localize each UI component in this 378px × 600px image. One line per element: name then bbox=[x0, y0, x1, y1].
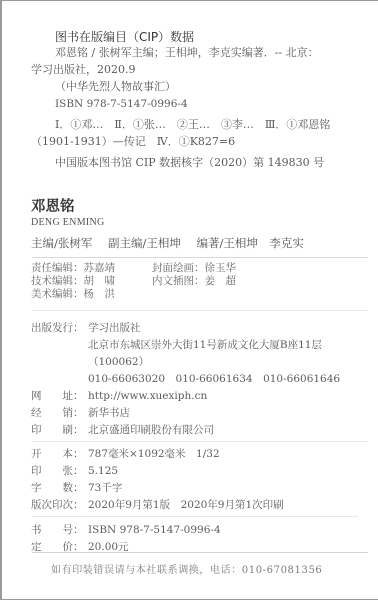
divider bbox=[32, 441, 368, 442]
footer-notice: 如有印装错误请与本社联系调换，电话：010-67081356 bbox=[51, 561, 322, 576]
cip-subjects-1: Ⅰ．①邓… Ⅱ．①张… ②王… ③李… Ⅲ．①邓恩铭 bbox=[55, 117, 330, 133]
staff-row: 美术编辑：杨 洪 bbox=[31, 288, 115, 301]
spec-edition: 版次印次：2020年9月第1版 2020年9月第1次印刷 bbox=[31, 497, 284, 512]
cip-series: （中华先烈人物故事汇） bbox=[55, 79, 176, 95]
divider bbox=[32, 310, 368, 311]
divider bbox=[32, 257, 368, 258]
website-link: http://www.xuexiph.cn bbox=[88, 390, 207, 402]
staff-right: 封面绘画：徐玉华 内文插图：姜 超 bbox=[152, 262, 236, 288]
publisher-postcode: （100062） bbox=[88, 354, 149, 369]
cip-isbn: ISBN 978-7-5147-0996-4 bbox=[55, 96, 188, 112]
book-title: 邓恩铭 bbox=[31, 195, 75, 216]
staff-left: 责任编辑：苏嘉靖 技术编辑：胡 啸 美术编辑：杨 洪 bbox=[31, 262, 115, 301]
divider bbox=[32, 516, 358, 517]
publisher-address: 北京市东城区崇外大街11号新成文化大厦B座11层 bbox=[88, 337, 322, 352]
staff-row: 封面绘画：徐玉华 bbox=[152, 262, 236, 275]
isbn-row: 书 号：ISBN 978-7-5147-0996-4 bbox=[31, 522, 221, 537]
printer-row: 印 刷：北京盛通印刷股份有限公司 bbox=[31, 422, 214, 437]
divider bbox=[32, 552, 368, 553]
credit-deputy-editor: 副主编/王相坤 bbox=[108, 236, 181, 250]
spec-sheets: 印 张：5.125 bbox=[31, 463, 118, 478]
cip-line-1: 邓恩铭 / 张树军主编；王相坤，李克实编著．-- 北京： bbox=[55, 45, 319, 61]
publisher-row: 出版发行：学习出版社 bbox=[31, 320, 141, 335]
book-title-en: DENG ENMING bbox=[31, 217, 105, 228]
website-row: 网 址：http://www.xuexiph.cn bbox=[31, 388, 207, 403]
staff-row: 内文插图：姜 超 bbox=[152, 275, 236, 288]
spec-format: 开 本：787毫米×1092毫米 1/32 bbox=[31, 446, 220, 461]
cip-heading: 图书在版编目（CIP）数据 bbox=[55, 28, 194, 45]
book-credits: 主编/张树军 副主编/王相坤 编著/王相坤 李克实 bbox=[31, 235, 316, 251]
cip-line-2: 学习出版社，2020.9 bbox=[31, 62, 136, 78]
staff-row: 责任编辑：苏嘉靖 bbox=[31, 262, 115, 275]
credit-chief-editor: 主编/张树军 bbox=[31, 236, 92, 250]
spec-wordcount: 字 数：73千字 bbox=[31, 480, 122, 495]
cip-record: 中国版本图书馆 CIP 数据核字（2020）第 149830 号 bbox=[55, 155, 324, 171]
cip-subjects-2: （1901-1931）—传记 Ⅳ．①K827=6 bbox=[31, 134, 235, 150]
distributor-row: 经 销：新华书店 bbox=[31, 405, 130, 420]
credit-authors: 编著/王相坤 李克实 bbox=[197, 236, 304, 250]
publisher-phones: 010-66063020 010-66061634 010-66061646 bbox=[88, 371, 340, 386]
staff-row: 技术编辑：胡 啸 bbox=[31, 275, 115, 288]
